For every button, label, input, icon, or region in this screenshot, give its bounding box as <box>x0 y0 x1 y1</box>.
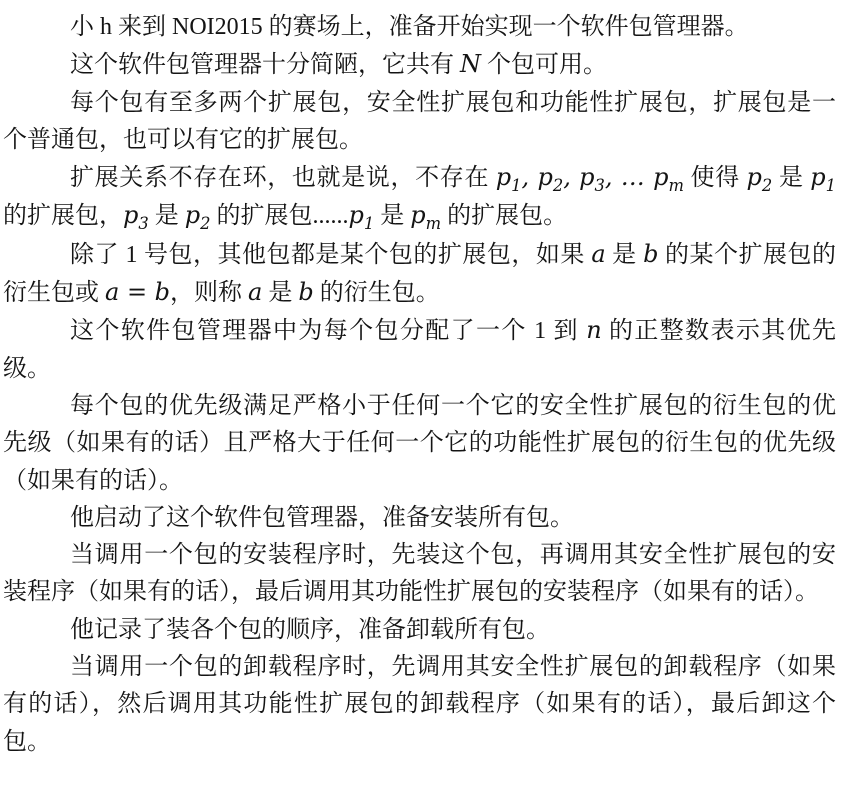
paragraph: 这个软件包管理器中为每个包分配了一个 1 到 n 的正整数表示其优先级。 <box>3 312 836 388</box>
math-run: n <box>586 316 601 344</box>
paragraph: 这个软件包管理器十分简陋，它共有 N 个包可用。 <box>3 46 836 84</box>
math-run: b <box>643 240 658 268</box>
paragraph: 扩展关系不存在环，也就是说，不存在 p1, p2, p3, … pm 使得 p2… <box>3 159 836 236</box>
paragraph: 每个包的优先级满足严格小于任何一个它的安全性扩展包的衍生包的优先级（如果有的话）… <box>3 388 836 500</box>
text-run: 个包可用。 <box>481 52 607 78</box>
text-run: 小 h 来到 NOI2015 的赛场上，准备开始实现一个软件包管理器。 <box>70 14 749 40</box>
text-run: 扩展关系不存在环，也就是说，不存在 <box>70 165 496 191</box>
math-run: b <box>298 278 313 306</box>
paragraph: 每个包有至多两个扩展包，安全性扩展包和功能性扩展包，扩展包是一个普通包，也可以有… <box>3 85 836 160</box>
math-run: N <box>460 50 481 78</box>
text-run: 是 <box>606 242 643 268</box>
text-run: 他启动了这个软件包管理器，准备安装所有包。 <box>70 505 574 531</box>
paragraph: 当调用一个包的安装程序时，先装这个包，再调用其安全性扩展包的安装程序（如果有的话… <box>3 537 836 612</box>
math-run: a <box>248 278 262 306</box>
text-run: 是 <box>262 280 298 306</box>
math-run: p1 <box>349 201 375 229</box>
paragraph: 小 h 来到 NOI2015 的赛场上，准备开始实现一个软件包管理器。 <box>3 9 836 46</box>
text-run: 的衍生包。 <box>314 280 440 306</box>
text-run: 是 <box>374 203 410 229</box>
text-run: 的扩展包。 <box>441 203 567 229</box>
text-run: 每个包的优先级满足严格小于任何一个它的安全性扩展包的衍生包的优先级（如果有的话）… <box>3 393 836 494</box>
paragraph: 他启动了这个软件包管理器，准备安装所有包。 <box>3 500 836 537</box>
text-run: ，则称 <box>170 280 248 306</box>
paragraph: 除了 1 号包，其他包都是某个包的扩展包，如果 a 是 b 的某个扩展包的衍生包… <box>3 236 836 313</box>
math-run: p1, p2, p3, … pm <box>496 163 684 191</box>
math-run: a <box>591 240 605 268</box>
text-run: 当调用一个包的卸载程序时，先调用其安全性扩展包的卸载程序（如果有的话），然后调用… <box>3 654 836 755</box>
text-run: 使得 <box>684 165 747 191</box>
text-run: 他记录了装各个包的顺序，准备卸载所有包。 <box>70 617 550 643</box>
math-run: p2 <box>747 163 773 191</box>
text-run: 的扩展包...... <box>211 203 349 229</box>
text-run: 当调用一个包的安装程序时，先装这个包，再调用其安全性扩展包的安装程序（如果有的话… <box>3 542 836 605</box>
math-run: p1 <box>810 163 836 191</box>
text-run: 的扩展包， <box>3 203 123 229</box>
paragraph: 当调用一个包的卸载程序时，先调用其安全性扩展包的卸载程序（如果有的话），然后调用… <box>3 649 836 761</box>
text-run: 这个软件包管理器十分简陋，它共有 <box>70 52 460 78</box>
text-run: 是 <box>149 203 185 229</box>
text-run: 每个包有至多两个扩展包，安全性扩展包和功能性扩展包，扩展包是一个普通包，也可以有… <box>3 90 836 153</box>
text-run: 是 <box>772 165 810 191</box>
math-run: p2 <box>185 201 211 229</box>
document-body: 小 h 来到 NOI2015 的赛场上，准备开始实现一个软件包管理器。这个软件包… <box>3 9 836 761</box>
math-run: a = b <box>105 278 170 306</box>
math-run: pm <box>410 201 441 229</box>
paragraph: 他记录了装各个包的顺序，准备卸载所有包。 <box>3 612 836 649</box>
document-page: 小 h 来到 NOI2015 的赛场上，准备开始实现一个软件包管理器。这个软件包… <box>0 0 844 793</box>
math-run: p3 <box>123 201 149 229</box>
text-run: 这个软件包管理器中为每个包分配了一个 1 到 <box>70 318 586 344</box>
text-run: 除了 1 号包，其他包都是某个包的扩展包，如果 <box>70 242 591 268</box>
